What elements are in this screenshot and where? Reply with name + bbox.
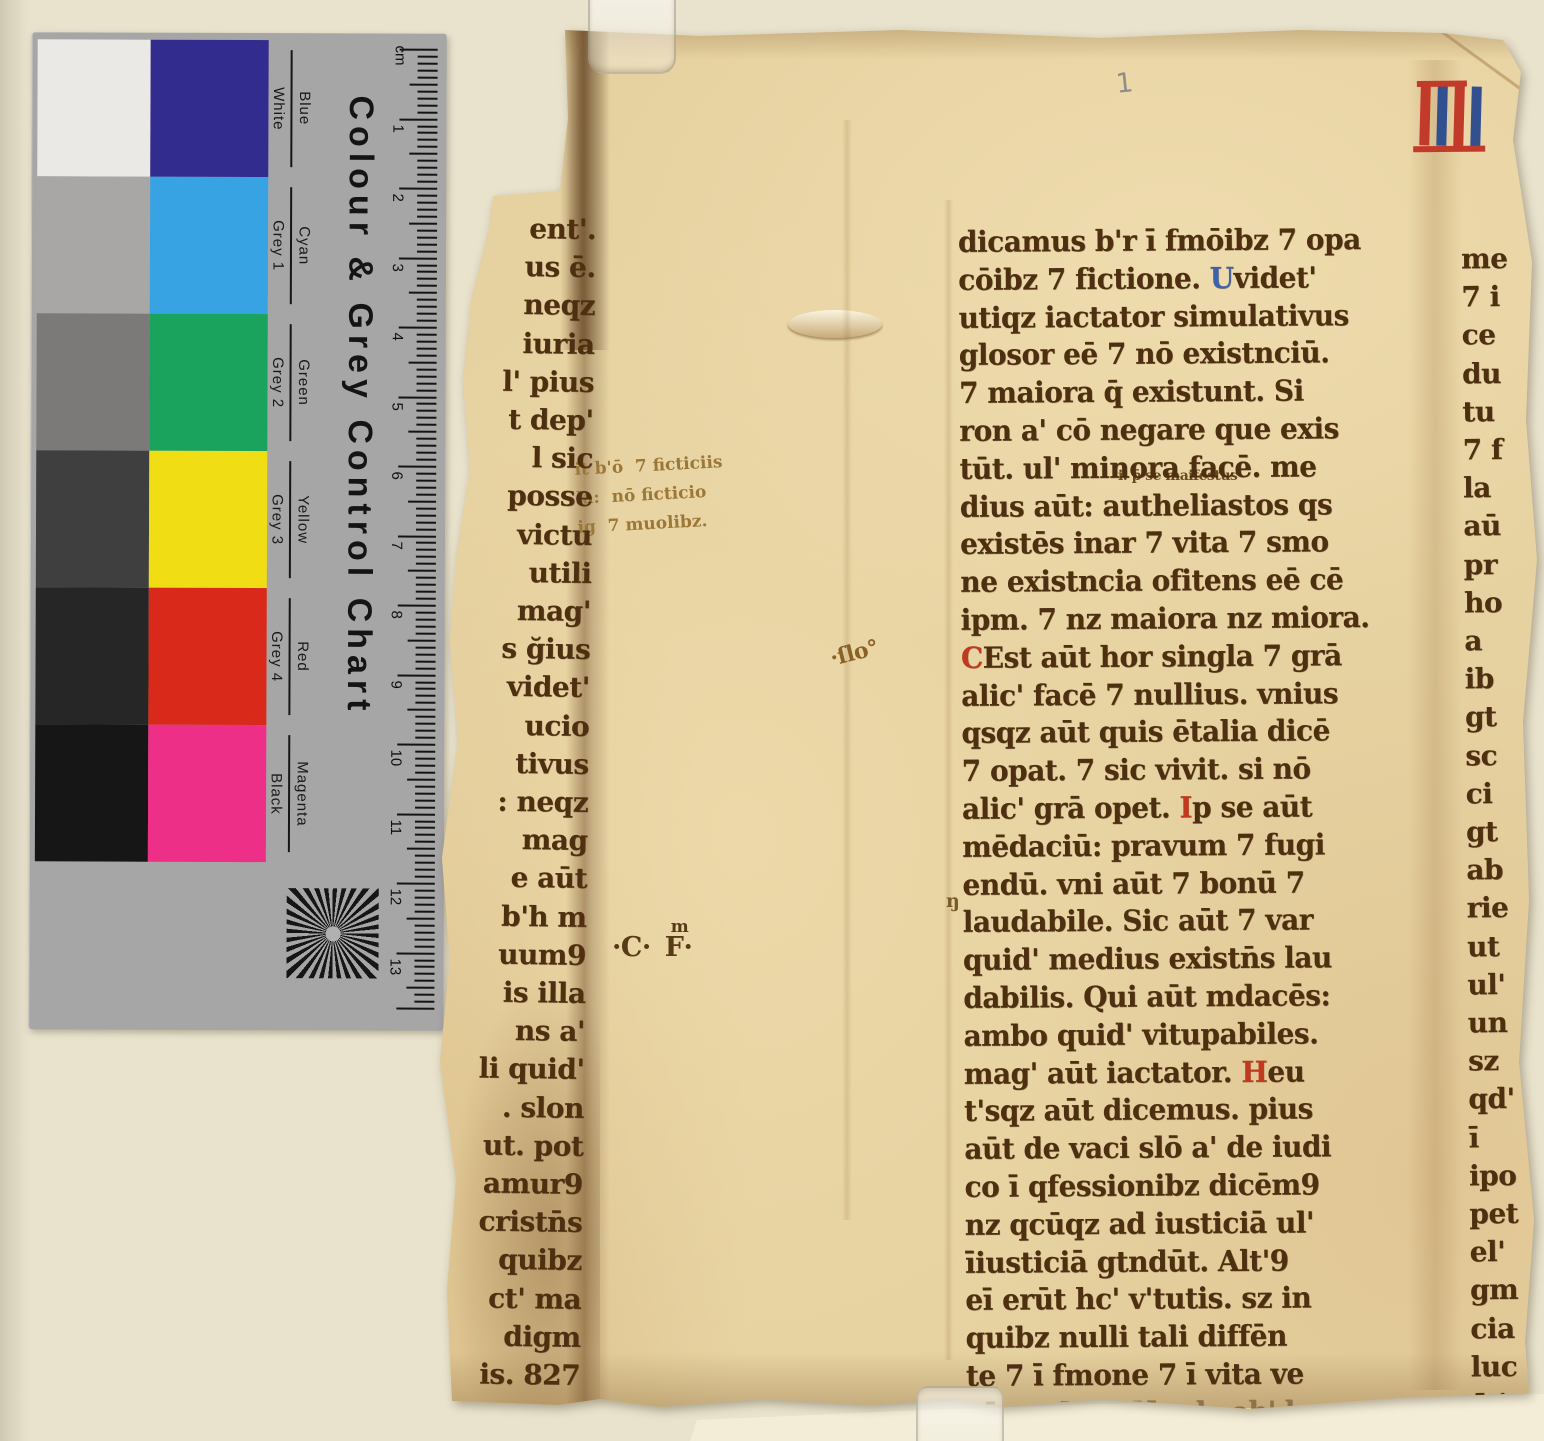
right-fragment: ut: [1467, 930, 1500, 963]
ink-text: videt': [1233, 260, 1316, 295]
manuscript-line: t'sqz aūt dicemus. pius: [964, 1092, 1313, 1134]
ink-text: 7 maiora q̄ existunt. Si: [959, 374, 1304, 411]
signature-mark-left: ·C·: [612, 932, 651, 963]
ink-text: qsqz aūt quis ētalia dicē: [961, 714, 1330, 751]
left-fragment: quibz: [498, 1243, 582, 1277]
ink-text: ambo quid' vitupabiles.: [963, 1016, 1318, 1053]
manuscript-line: aūt de vaci slō a' de iudi: [964, 1129, 1331, 1171]
ink-text: existēs inar 7 vita 7 smo: [960, 525, 1329, 562]
ink-text: cōibz 7 fictione.: [958, 261, 1210, 297]
right-fragment: ul': [1467, 968, 1505, 1001]
main-text-column: dicamus b'r ī fmōibz 7 opacōibz 7 fictio…: [958, 222, 1436, 1415]
right-fragment: ipo: [1469, 1159, 1517, 1192]
ink-text: p se aūt: [1192, 789, 1312, 824]
manuscript-line: eī erūt hc' v'tutis. sz in: [965, 1281, 1311, 1323]
signature-mark-sup: m: [671, 917, 689, 937]
ink-text: ron a' cō negare que exis: [959, 411, 1339, 448]
tear-hole: [788, 310, 882, 338]
manuscript-line: īiusticiā gtndūt. Alt'9: [965, 1243, 1289, 1285]
ink-text: tūt. ul' minora facē. me: [959, 449, 1316, 486]
left-fragment: mag': [517, 594, 591, 628]
left-fragment: uum9: [498, 938, 586, 972]
manuscript-line: dicamus b'r ī fmōibz 7 opa: [958, 222, 1361, 264]
right-fragment: luc: [1471, 1350, 1518, 1383]
manuscript-line: ne existncia ofitens eē cē: [960, 562, 1343, 604]
center-crease: [842, 120, 852, 1220]
right-fragment: me: [1461, 242, 1508, 275]
left-fragment-column: ent'.us ē.neqziurial' piust dep'l sicpos…: [440, 211, 597, 1413]
parchment-leaf: 1 it b'ō 7 ficticiisla: nō ficticioig 7 …: [0, 0, 1544, 1441]
signature-mark: ·C· m F·: [612, 932, 692, 963]
left-fragment: is. 827: [479, 1358, 580, 1392]
left-fragment: utili: [528, 556, 591, 590]
ink-text: laudabile. Sic aūt 7 var: [963, 903, 1313, 940]
quire-bar: [1419, 85, 1431, 145]
margin-gloss: it b'ō 7 ficticiisla: nō ficticioig 7 mu…: [574, 448, 726, 543]
ink-text: Est aūt hor singla 7 grā: [983, 638, 1342, 675]
manuscript-line: ron a' cō negare que exis: [959, 411, 1339, 453]
ink-text: glosor eē 7 nō existnciū.: [959, 336, 1330, 373]
red-initial: H: [1241, 1054, 1267, 1089]
ink-text: ipm. 7 nz maiora nz miora.: [960, 600, 1369, 637]
left-fragment: digm: [503, 1320, 581, 1354]
right-fragment: cia: [1470, 1312, 1515, 1345]
manuscript-line: laudabile. Sic aūt 7 var: [963, 903, 1314, 945]
left-fragment: l' pius: [502, 365, 594, 399]
left-fragment: amur9: [483, 1167, 583, 1201]
manuscript-line: CEst aūt hor singla 7 grā: [961, 638, 1342, 680]
manuscript-line: co ī qfessionibz dicēm9: [964, 1167, 1319, 1209]
ink-text: nz qcūqz ad iusticiā ul': [965, 1205, 1314, 1242]
right-fragment: ho: [1464, 586, 1502, 619]
quire-numeral: [1415, 83, 1487, 153]
right-fragment: un: [1468, 1006, 1508, 1039]
right-fragment: tu: [1462, 395, 1495, 428]
left-fragment: posse: [507, 479, 593, 513]
right-fragment: rie: [1467, 891, 1509, 924]
right-fragment: 7 i: [1461, 280, 1500, 313]
right-fragment: sc: [1465, 739, 1497, 772]
quire-bar: [1470, 87, 1482, 147]
ink-text: alic' facē 7 nullius. vnius: [961, 676, 1338, 713]
manuscript-line: dius aūt: autheliastos qs: [960, 487, 1333, 529]
left-fragment: ct' ma: [488, 1281, 582, 1315]
manuscript-line: 7 maiora q̄ existunt. Si: [959, 374, 1304, 416]
left-fragment: b'h m: [501, 899, 587, 933]
center-crease-2: [944, 200, 953, 1360]
right-fragment: pet: [1469, 1197, 1518, 1230]
parchment-wrapper: 1 it b'ō 7 ficticiisla: nō ficticioig 7 …: [0, 0, 1544, 1441]
manuscript-line: uīqz eā co q̄ī mlz ob' b: [966, 1394, 1304, 1436]
mount-clip-top: [588, 0, 676, 74]
pencil-folio-number: 1: [1114, 67, 1134, 100]
quire-bar: [1436, 86, 1448, 146]
ink-text: mēdaciū: pravum 7 fugi: [962, 827, 1325, 864]
manuscript-line: existēs inar 7 vita 7 smo: [960, 525, 1329, 567]
right-fragment: a: [1464, 624, 1482, 657]
right-fragment: gt: [1466, 815, 1498, 848]
ink-text: quid' medius existn̄s lau: [963, 940, 1332, 977]
right-fragment: 7 f: [1463, 433, 1503, 466]
ink-text: dabilis. Qui aūt mdacēs:: [963, 978, 1330, 1015]
left-fragment: t dep': [508, 403, 594, 437]
manuscript-line: qsqz aūt quis ētalia dicē: [961, 714, 1330, 756]
ink-text: endū. vni aūt 7 bonū 7: [962, 865, 1304, 902]
manuscript-line: endū. vni aūt 7 bonū 7: [962, 865, 1305, 907]
ink-text: eī erūt hc' v'tutis. sz in: [965, 1281, 1311, 1318]
right-fragment: gt: [1465, 700, 1497, 733]
left-fragment: . slon: [502, 1090, 584, 1124]
left-fragment: ns a': [515, 1014, 586, 1048]
manuscript-line: dabilis. Qui aūt mdacēs:: [963, 978, 1330, 1020]
left-fragment: us ē.: [524, 250, 595, 284]
right-fragment: pr: [1464, 548, 1498, 581]
right-fragment: ī: [1469, 1121, 1479, 1154]
ink-text: quibz nulli tali diffēn: [965, 1319, 1286, 1356]
manuscript-line: utiqz iactator simulativus: [958, 298, 1349, 340]
manuscript-line: tūt. ul' minora facē. me: [959, 449, 1316, 491]
left-fragment: is illa: [503, 976, 586, 1010]
right-fragment: ce: [1462, 318, 1496, 351]
red-initial: C: [961, 641, 983, 675]
red-initial: I: [1179, 790, 1192, 824]
ink-text: 7 opat. 7 sic vivit. si nō: [962, 752, 1311, 789]
ink-text: te 7 ī fmone 7 ī vita ve: [966, 1357, 1304, 1394]
ink-text: dicamus b'r ī fmōibz 7 opa: [958, 222, 1361, 259]
left-fragment: : neqz: [497, 785, 588, 819]
mount-clip-bottom: [916, 1386, 1004, 1441]
ink-text: eu: [1267, 1054, 1304, 1089]
right-fragment: aū: [1463, 509, 1501, 542]
right-fragment: la: [1463, 471, 1491, 504]
left-fragment: ucio: [524, 709, 589, 743]
left-fragment: ent'.: [529, 212, 596, 246]
manuscript-line: mag' aūt iactator. Heu: [964, 1054, 1305, 1096]
left-fragment: li quid': [478, 1052, 584, 1086]
margin-tick: ŋ: [946, 890, 959, 912]
manuscript-line: mēdaciū: pravum 7 fugi: [962, 827, 1325, 869]
manuscript-line: ambo quid' vitupabiles.: [963, 1016, 1318, 1058]
ink-text: dius aūt: autheliastos qs: [960, 487, 1333, 524]
left-fragment: e aūt: [510, 861, 587, 895]
ink-text: mag' aūt iactator.: [964, 1055, 1242, 1091]
manuscript-line: glosor eē 7 nō existnciū.: [959, 336, 1330, 378]
ink-text: co ī qfessionibz dicēm9: [964, 1167, 1319, 1204]
ink-text: īiusticiā gtndūt. Alt'9: [965, 1243, 1289, 1280]
quire-bar: [1453, 86, 1465, 146]
blue-initial: U: [1210, 261, 1234, 295]
ink-text: utiqz iactator simulativus: [958, 298, 1349, 335]
right-fragment: qd': [1468, 1082, 1515, 1115]
ink-text: t'sqz aūt dicemus. pius: [964, 1092, 1313, 1129]
right-fragment: sz: [1468, 1044, 1499, 1077]
manuscript-line: quibz nulli tali diffēn: [965, 1319, 1287, 1361]
manuscript-line: nz qcūqz ad iusticiā ul': [965, 1205, 1314, 1247]
manuscript-line: te 7 ī fmone 7 ī vita ve: [966, 1357, 1304, 1399]
ink-text: alic' grā opet.: [962, 790, 1180, 826]
left-fragment: s ğius: [501, 632, 590, 666]
left-fragment: cristn̄s: [478, 1205, 582, 1239]
manuscript-line: ipm. 7 nz maiora nz miora.: [960, 600, 1369, 642]
left-fragment: mag: [522, 823, 588, 857]
manuscript-line: alic' facē 7 nullius. vnius: [961, 676, 1338, 718]
ink-text: uīqz eā co q̄ī mlz ob' b: [966, 1394, 1304, 1431]
left-fragment: neqz: [523, 288, 595, 322]
right-fragment: ib: [1465, 662, 1495, 695]
right-fragment: ci: [1466, 777, 1493, 810]
right-fragment-column: me7 icedutu7 flaaūprhoaibgtsccigtabrieut…: [1461, 242, 1544, 1423]
left-fragment: iuria: [522, 327, 594, 361]
manuscript-line: cōibz 7 fictione. Uvidet': [958, 260, 1316, 302]
quire-rule-bottom: [1413, 146, 1485, 153]
ink-text: ne existncia ofitens eē cē: [960, 562, 1343, 599]
left-fragment: ut. pot: [483, 1128, 584, 1162]
quire-rule-top: [1417, 81, 1467, 87]
right-fragment: du: [1462, 357, 1501, 390]
right-fragment: ē i: [1471, 1388, 1508, 1421]
left-fragment: victu: [517, 518, 592, 552]
ink-text: aūt de vaci slō a' de iudi: [964, 1129, 1331, 1166]
manuscript-line: alic' grā opet. Ip se aūt: [962, 789, 1312, 831]
right-fragment: gm: [1470, 1273, 1519, 1306]
manuscript-line: quid' medius existn̄s lau: [963, 940, 1332, 982]
left-fragment: l sic: [531, 441, 593, 475]
photograph-of-manuscript-with-colour-chart: { "photo": { "background": "#e9e3cd", "b…: [0, 0, 1544, 1441]
manuscript-line: 7 opat. 7 sic vivit. si nō: [962, 752, 1311, 794]
right-fragment: ab: [1466, 853, 1503, 886]
left-fragment: videt': [507, 670, 590, 704]
left-fragment: tivus: [515, 747, 589, 781]
margin-note: ·ſlo°: [828, 635, 882, 672]
right-fragment: el': [1470, 1235, 1506, 1268]
